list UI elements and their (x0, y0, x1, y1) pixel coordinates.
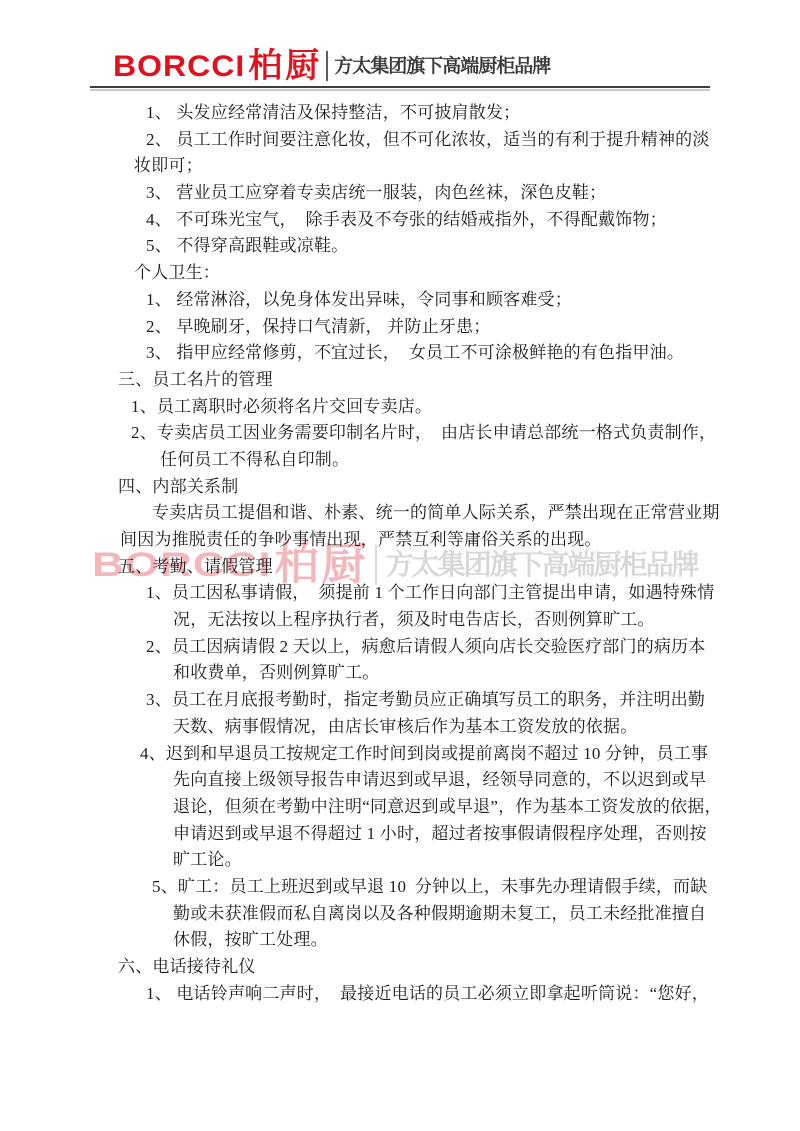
doc-line: 专卖店员工提倡和谐、朴素、统一的简单人际关系，严禁出现在正常营业期 (152, 500, 728, 527)
doc-line: 4、 不可珠光宝气， 除手表及不夸张的结婚戒指外，不得配戴饰物； (146, 207, 728, 234)
doc-line: 2、 早晚刷牙，保持口气清新， 并防止牙患； (146, 314, 728, 341)
doc-line: 2、员工因病请假 2 天以上，病愈后请假人须向店长交验医疗部门的病历本 (146, 634, 728, 661)
doc-line: 2、专卖店员工因业务需要印制名片时， 由店长申请总部统一格式负责制作， (131, 420, 728, 447)
section-heading: 三、员工名片的管理 (118, 367, 728, 394)
doc-line: 1、员工因私事请假， 须提前 1 个工作日向部门主管提出申请，如遇特殊情 (146, 580, 728, 607)
document-page: BORCCI 柏厨 方太集团旗下高端厨柜品牌 BORCCI 柏厨 方太集团旗下高… (0, 0, 800, 1131)
doc-line: 况，无法按以上程序执行者，须及时电告店长，否则例算旷工。 (173, 607, 728, 634)
document-body: 1、 头发应经常清洁及保持整洁，不可披肩散发；2、 员工工作时间要注意化妆，但不… (118, 100, 728, 1007)
doc-line: 5、 不得穿高跟鞋或凉鞋。 (146, 233, 728, 260)
doc-line: 任何员工不得私自印制。 (160, 447, 728, 474)
doc-line: 妆即可； (134, 153, 728, 180)
doc-line: 1、员工离职时必须将名片交回专卖店。 (131, 394, 728, 421)
doc-line: 1、 头发应经常清洁及保持整洁，不可披肩散发； (146, 100, 728, 127)
section-heading: 六、电话接待礼仪 (118, 954, 728, 981)
doc-line: 1、 电话铃声响二声时， 最接近电话的员工必须立即拿起听筒说：“您好， (146, 981, 728, 1008)
doc-line: 休假，按旷工处理。 (173, 927, 728, 954)
brand-logo-chinese: 柏厨 (248, 49, 322, 83)
doc-line: 退论，但须在考勤中注明“同意迟到或早退”，作为基本工资发放的依据， (173, 794, 728, 821)
doc-line: 1、 经常淋浴，以免身体发出异味，令同事和顾客难受； (146, 287, 728, 314)
doc-line: 个人卫生： (134, 260, 728, 287)
doc-line: 先向直接上级领导报告申请迟到或早退，经领导同意的，不以迟到或早 (173, 767, 728, 794)
doc-line: 间因为推脱责任的争吵事情出现，严禁互利等庸俗关系的出现。 (120, 527, 728, 554)
brand-logo-wordmark: BORCCI (113, 51, 245, 80)
doc-line: 3、 指甲应经常修剪，不宜过长， 女员工不可涂极鲜艳的有色指甲油。 (146, 340, 728, 367)
doc-line: 4、迟到和早退员工按规定工作时间到岗或提前离岗不超过 10 分钟，员工事 (140, 741, 728, 768)
doc-line: 3、 营业员工应穿着专卖店统一服装，肉色丝袜，深色皮鞋； (146, 180, 728, 207)
brand-tagline: 方太集团旗下高端厨柜品牌 (334, 57, 550, 76)
section-heading: 五、考勤、请假管理 (118, 554, 728, 581)
doc-line: 勤或未获准假而私自离岗以及各种假期逾期未复工，员工未经批准擅自 (173, 901, 728, 928)
doc-line: 天数、病事假情况，由店长审核后作为基本工资发放的依据。 (173, 714, 728, 741)
doc-line: 2、 员工工作时间要注意化妆，但不可化浓妆，适当的有利于提升精神的淡 (146, 127, 728, 154)
doc-line: 旷工论。 (173, 847, 728, 874)
doc-line: 申请迟到或早退不得超过 1 小时，超过者按事假请假程序处理，否则按 (173, 821, 728, 848)
doc-line: 3、员工在月底报考勤时，指定考勤员应正确填写员工的职务，并注明出勤 (146, 687, 728, 714)
brand-header: BORCCI 柏厨 方太集团旗下高端厨柜品牌 (113, 46, 550, 86)
section-heading: 四、内部关系制 (118, 474, 728, 501)
brand-divider-bar (326, 51, 328, 81)
doc-line: 5、旷工：员工上班迟到或早退 10 分钟以上，未事先办理请假手续，而缺 (152, 874, 728, 901)
header-rule-line (90, 86, 710, 88)
doc-line: 和收费单，否则例算旷工。 (173, 660, 728, 687)
